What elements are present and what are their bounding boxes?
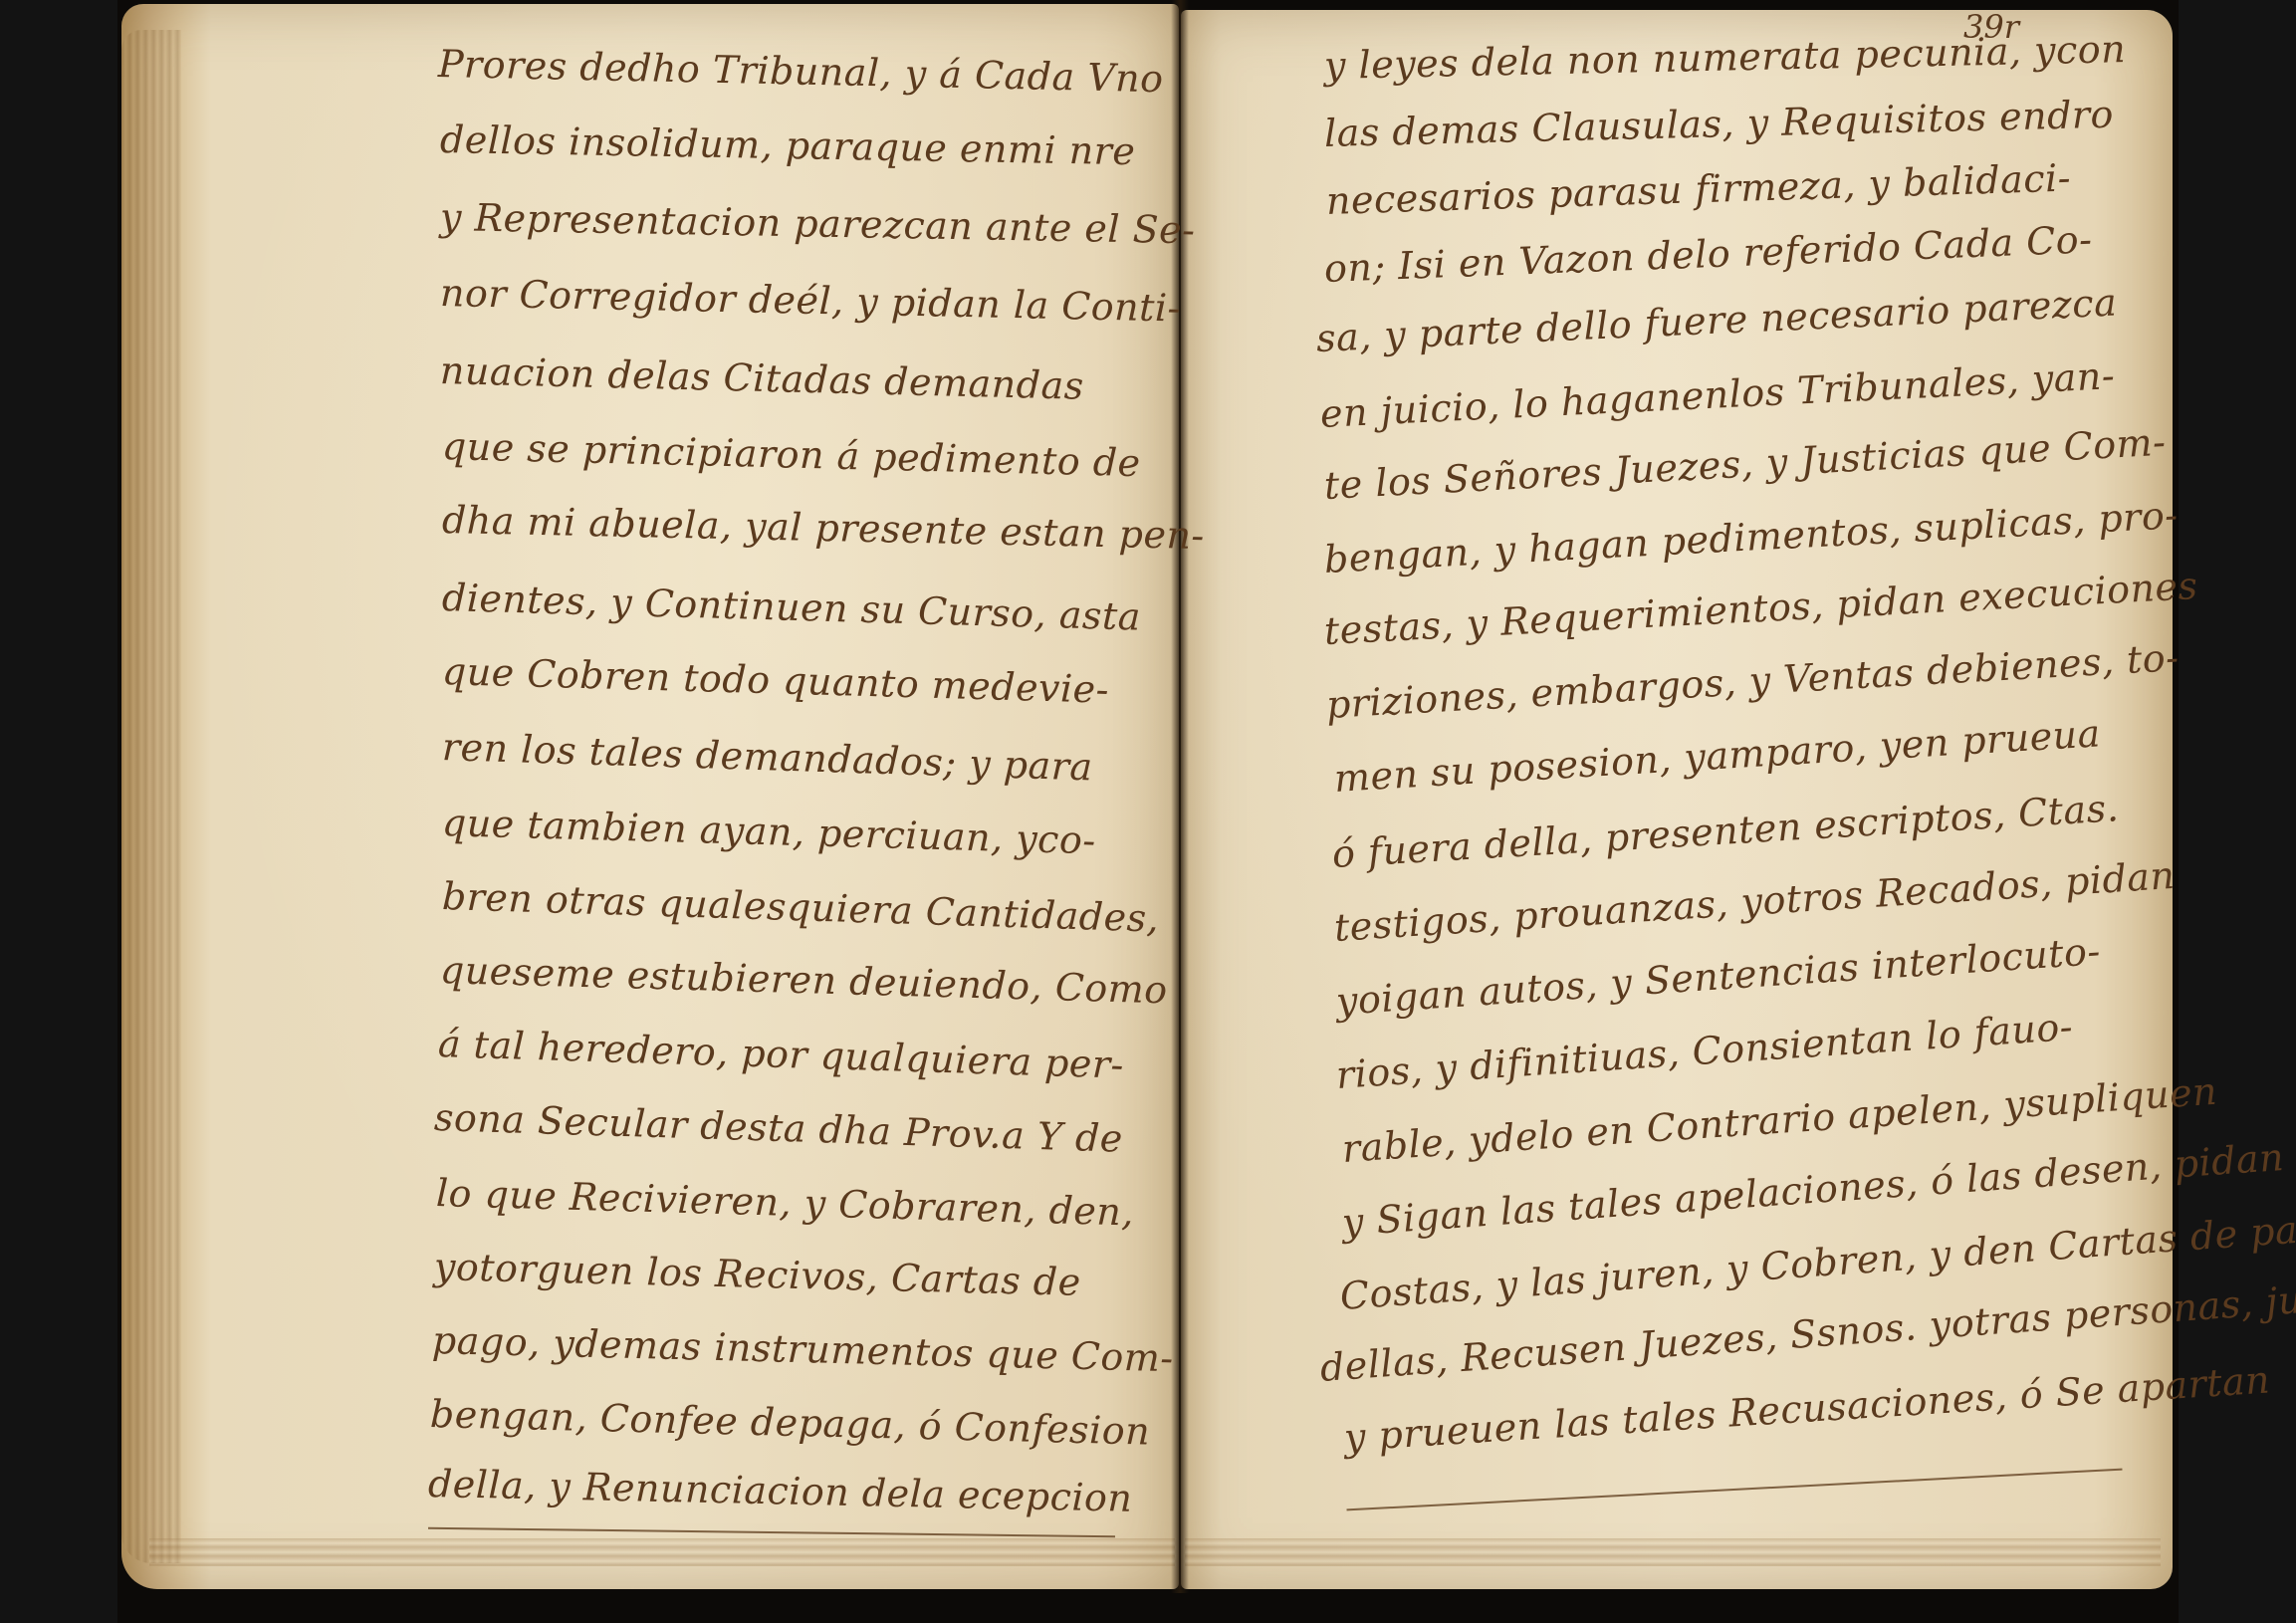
left-fore-edge [121,30,181,1563]
manuscript-viewer: 39r Prores dedho Tribunal, y á Cada Vno … [0,0,2296,1623]
right-page-bottom-edge [1185,1538,2161,1566]
left-page-bottom-edge [149,1538,1175,1566]
